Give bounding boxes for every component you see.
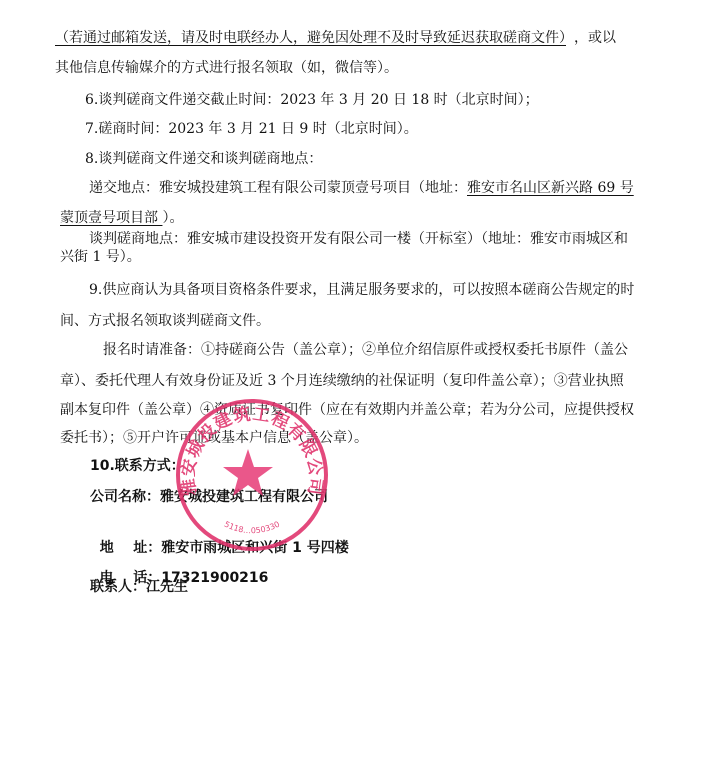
submit-location-cont: 蒙顶壹号项目部 ）。	[60, 208, 183, 228]
submit-address: 雅安市名山区新兴路 69 号	[467, 180, 634, 196]
item-9-cont: 间、方式报名领取谈判磋商文件。	[60, 311, 270, 331]
registration-prep-3: 副本复印件（盖公章）④资质证书复印件（应在有效期内并盖公章；若为分公司，应提供授…	[60, 400, 634, 420]
item-9-supplier: 9.供应商认为具备项目资格条件要求，且满足服务要求的，可以按照本磋商公告规定的时	[89, 280, 634, 300]
doc-line-2: 其他信息传输媒介的方式进行报名领取（如，微信等）。	[55, 58, 398, 78]
negotiation-location: 谈判磋商地点：雅安城市建设投资开发有限公司一楼（开标室）（地址：雅安市雨城区和	[89, 229, 628, 249]
negotiation-location-cont: 兴街 1 号）。	[60, 247, 141, 267]
contact-heading: 10.联系方式：	[90, 456, 185, 476]
item-6-deadline: 6.谈判磋商文件递交截止时间：2023 年 3 月 20 日 18 时（北京时间…	[85, 90, 539, 110]
project-dept: 蒙顶壹号项目部	[60, 210, 162, 226]
registration-prep: 报名时请准备：①持磋商公告（盖公章）；②单位介绍信原件或授权委托书原件（盖公	[103, 340, 628, 360]
underlined-note: （若通过邮箱发送，请及时电联经办人，避免因处理不及时导致延迟获取磋商文件）	[55, 30, 566, 46]
registration-prep-2: 章）、委托代理人有效身份证及近 3 个月连续缴纳的社保证明（复印件盖公章）；③营…	[60, 371, 624, 391]
doc-line-1: （若通过邮箱发送，请及时电联经办人，避免因处理不及时导致延迟获取磋商文件），或以	[55, 28, 616, 48]
submit-location: 递交地点：雅安城投建筑工程有限公司蒙顶壹号项目（地址：雅安市名山区新兴路 69 …	[89, 178, 634, 198]
contact-company: 公司名称：雅安城投建筑工程有限公司	[90, 487, 328, 507]
item-8-location-heading: 8.谈判磋商文件递交和谈判磋商地点：	[85, 149, 322, 169]
contact-person: 联系人：江先生	[90, 577, 188, 597]
item-7-consult-time: 7.磋商时间：2023 年 3 月 21 日 9 时（北京时间）。	[85, 119, 418, 139]
registration-prep-4: 委托书）；⑤开户许可证或基本户信息（盖公章）。	[60, 428, 368, 448]
